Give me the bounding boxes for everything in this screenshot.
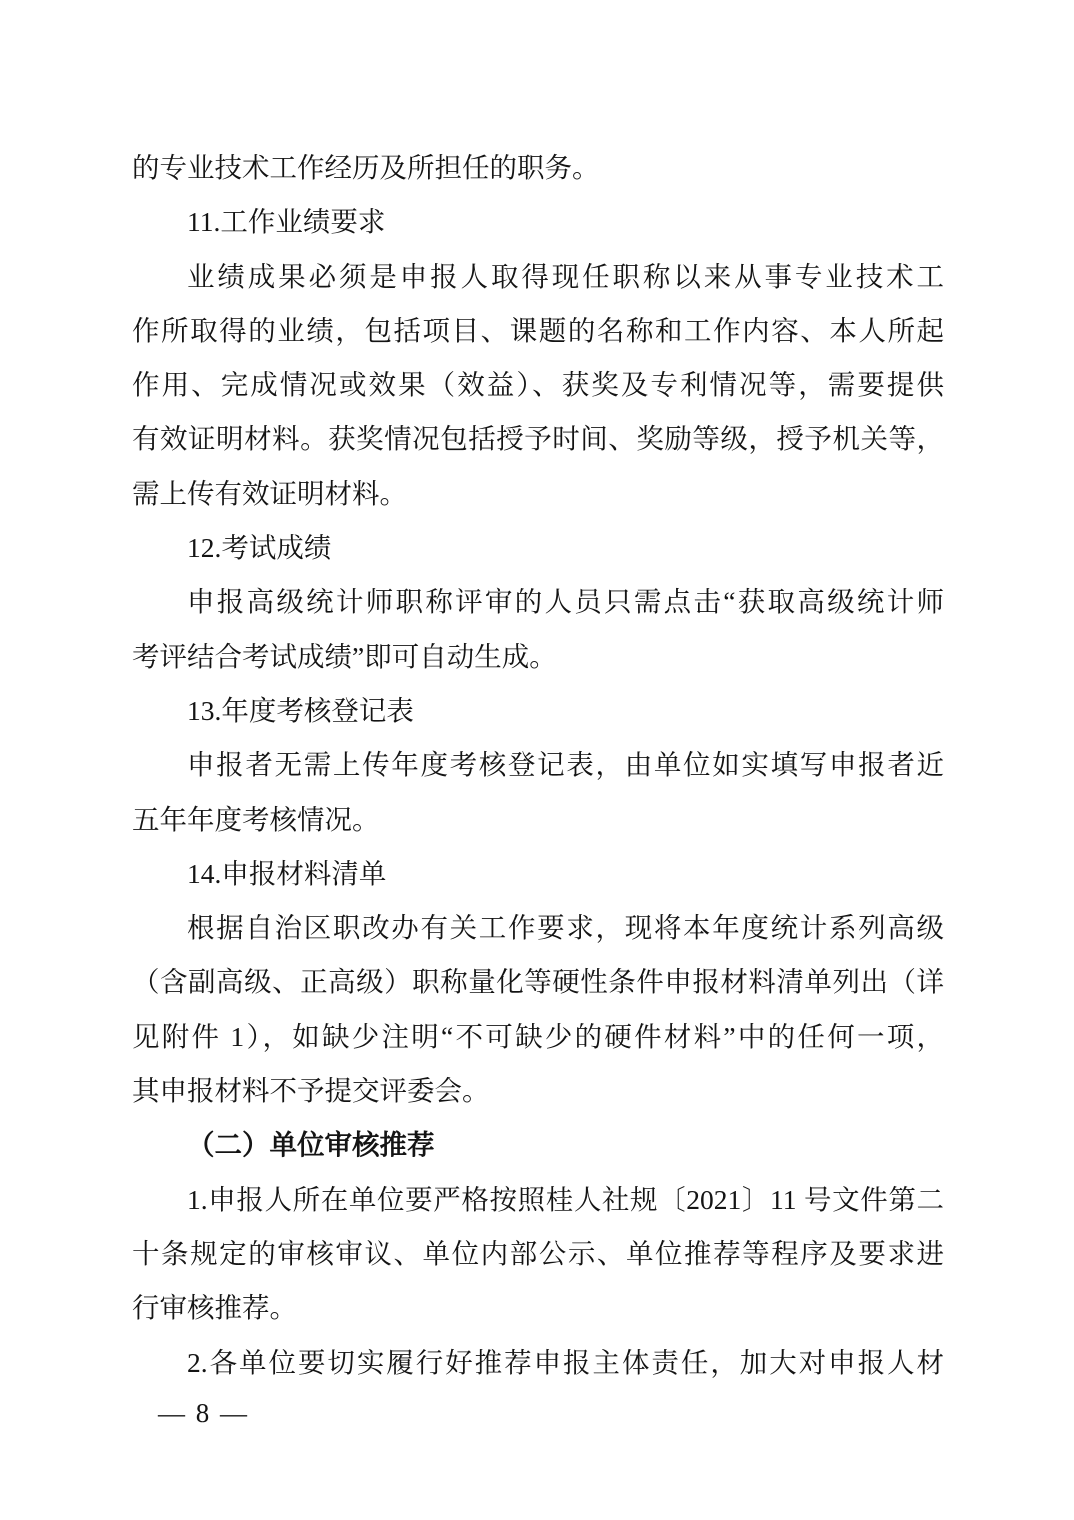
text-line: 行审核推荐。 bbox=[132, 1281, 944, 1335]
text-line: 其申报材料不予提交评委会。 bbox=[132, 1064, 944, 1118]
text-line: 2.各单位要切实履行好推荐申报主体责任，加大对申报人材 bbox=[132, 1336, 944, 1390]
text-line: 作所取得的业绩，包括项目、课题的名称和工作内容、本人所起 bbox=[132, 304, 944, 358]
document-body: 的专业技术工作经历及所担任的职务。11.工作业绩要求业绩成果必须是申报人取得现任… bbox=[132, 141, 944, 1390]
text-line: 需上传有效证明材料。 bbox=[132, 467, 944, 521]
text-line: 五年年度考核情况。 bbox=[132, 793, 944, 847]
text-line: 有效证明材料。获奖情况包括授予时间、奖励等级，授予机关等， bbox=[132, 412, 944, 466]
text-line: 申报者无需上传年度考核登记表，由单位如实填写申报者近 bbox=[132, 738, 944, 792]
page-number: — 8 — bbox=[158, 1396, 249, 1430]
text-line: 13.年度考核登记表 bbox=[132, 684, 944, 738]
text-line: 根据自治区职改办有关工作要求，现将本年度统计系列高级 bbox=[132, 901, 944, 955]
text-line: 14.申报材料清单 bbox=[132, 847, 944, 901]
text-line: 考评结合考试成绩”即可自动生成。 bbox=[132, 630, 944, 684]
text-line: 的专业技术工作经历及所担任的职务。 bbox=[132, 141, 944, 195]
text-line: 十条规定的审核审议、单位内部公示、单位推荐等程序及要求进 bbox=[132, 1227, 944, 1281]
text-line: 业绩成果必须是申报人取得现任职称以来从事专业技术工 bbox=[132, 250, 944, 304]
text-line: 见附件 1），如缺少注明“不可缺少的硬件材料”中的任何一项， bbox=[132, 1010, 944, 1064]
text-line: 12.考试成绩 bbox=[132, 521, 944, 575]
text-line: （二）单位审核推荐 bbox=[132, 1118, 944, 1172]
text-line: 申报高级统计师职称评审的人员只需点击“获取高级统计师 bbox=[132, 575, 944, 629]
text-line: 11.工作业绩要求 bbox=[132, 195, 944, 249]
text-line: （含副高级、正高级）职称量化等硬性条件申报材料清单列出（详 bbox=[132, 955, 944, 1009]
text-line: 作用、完成情况或效果（效益）、获奖及专利情况等，需要提供 bbox=[132, 358, 944, 412]
document-page: 的专业技术工作经历及所担任的职务。11.工作业绩要求业绩成果必须是申报人取得现任… bbox=[0, 0, 1074, 1520]
text-line: 1.申报人所在单位要严格按照桂人社规〔2021〕11 号文件第二 bbox=[132, 1173, 944, 1227]
